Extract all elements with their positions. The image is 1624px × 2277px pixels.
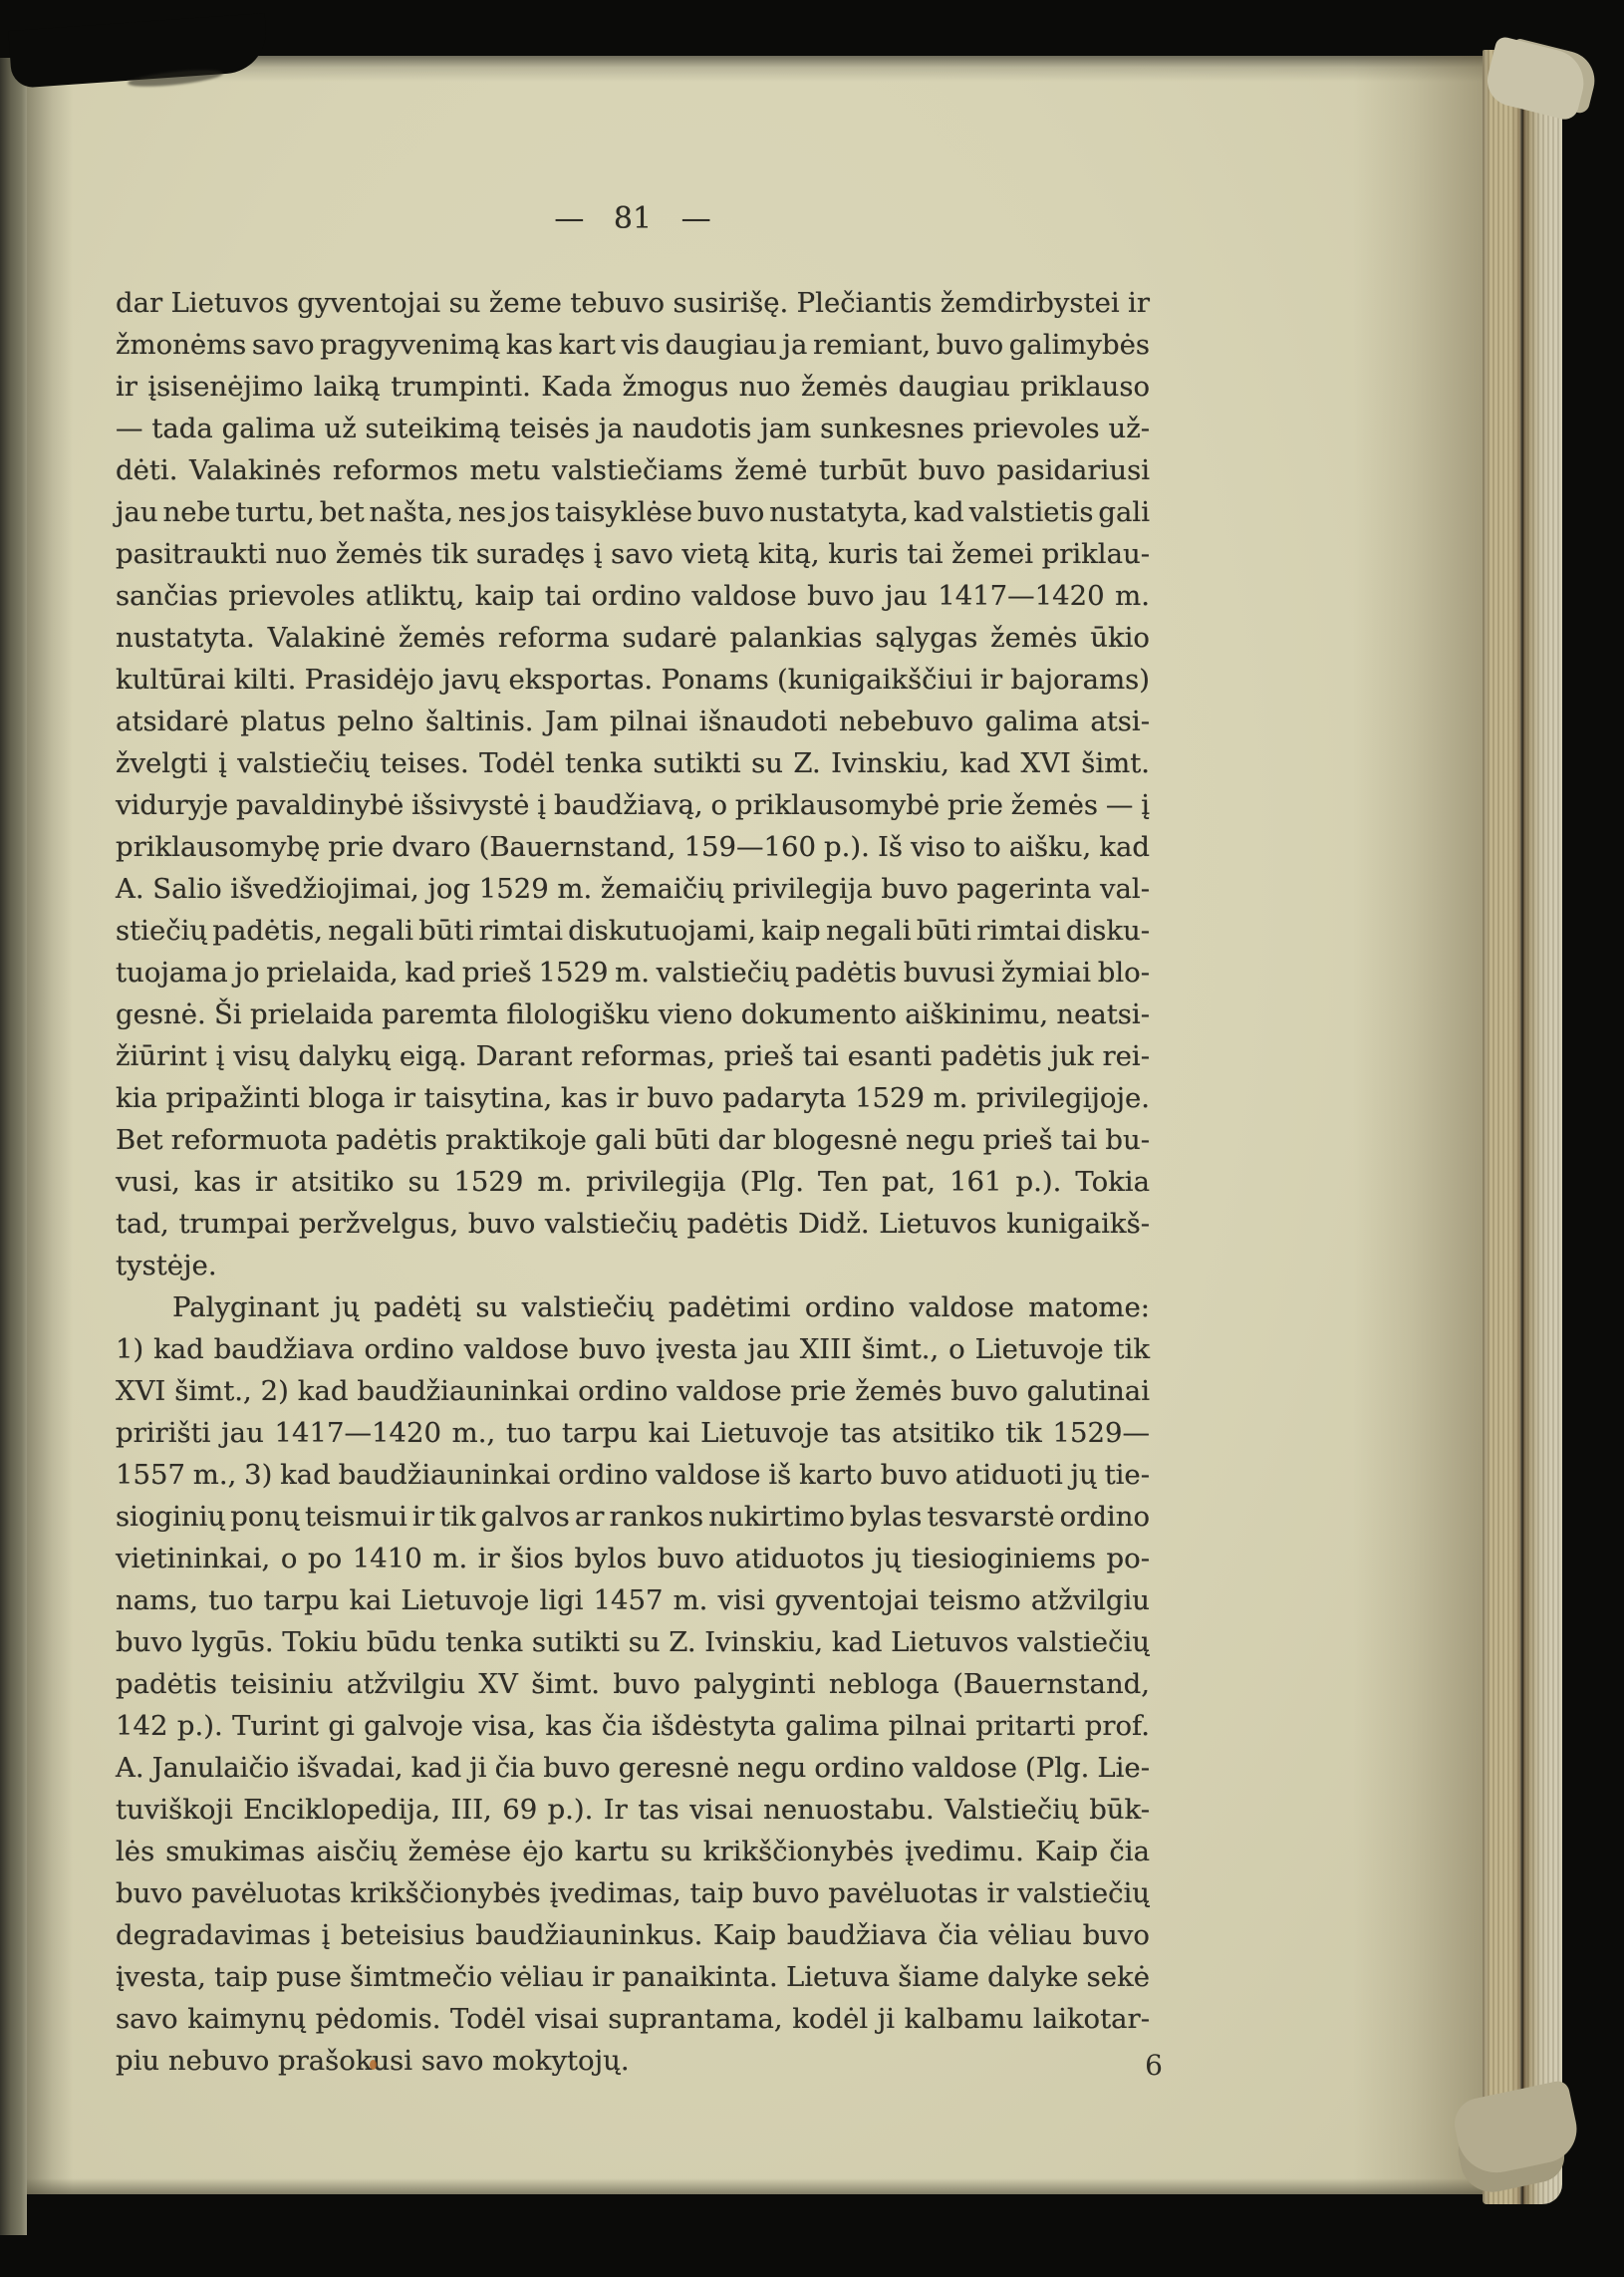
text-line-content: žmonėms savo pragyvenimą kas kart vis da… [116,329,1150,361]
text-line: pasitraukti nuo žemės tik suradęs į savo… [116,533,1150,575]
left-page-edge [0,58,27,2235]
text-line: sioginių ponų teismui ir tik galvos ar r… [116,1496,1150,1538]
page-right-shadow [1353,56,1483,2194]
text-line-content: kia pripažinti bloga ir taisytina, kas i… [116,1082,1150,1114]
text-line: nustatyta. Valakinė žemės reforma sudarė… [116,617,1150,659]
text-line-content: XVI šimt., 2) kad baudžiauninkai ordino … [116,1375,1150,1407]
text-line: padėtis teisiniu atžvilgiu XV šimt. buvo… [116,1663,1150,1705]
text-line-content: 142 p.). Turint gi galvoje visa, kas čia… [116,1710,1150,1742]
text-line-content: žiūrint į visų dalykų eigą. Darant refor… [116,1040,1150,1072]
text-line-content: nams, tuo tarpu kai Lietuvoje ligi 1457 … [116,1584,1150,1616]
text-line: sančias prievoles atliktų, kaip tai ordi… [116,575,1150,617]
text-line-content: tad, trumpai peržvelgus, buvo valstiečių… [116,1208,1150,1240]
text-line-content: tuojama jo prielaida, kad prieš 1529 m. … [116,957,1150,989]
text-line: vietininkai, o po 1410 m. ir šios bylos … [116,1538,1150,1579]
text-line: dėti. Valakinės reformos metu valstiečia… [116,449,1150,491]
text-line: pririšti jau 1417—1420 m., tuo tarpu kai… [116,1412,1150,1454]
text-line: žiūrint į visų dalykų eigą. Darant refor… [116,1035,1150,1077]
text-line: priklausomybę prie dvaro (Bauernstand, 1… [116,826,1150,868]
text-line-content: savo kaimynų pėdomis. Todėl visai supran… [116,2003,1150,2035]
text-line-content: 1557 m., 3) kad baudžiauninkai ordino va… [116,1459,1150,1491]
rust-speck [370,2060,377,2070]
text-line-content: sioginių ponų teismui ir tik galvos ar r… [116,1501,1150,1533]
text-line: ir įsisenėjimo laiką trumpinti. Kada žmo… [116,366,1150,408]
text-line: lės smukimas aisčių žemėse ėjo kartu su … [116,1831,1150,1872]
text-line-content: Palyginant jų padėtį su valstiečių padėt… [172,1291,1150,1323]
text-line-content: vietininkai, o po 1410 m. ir šios bylos … [116,1543,1150,1574]
text-line-content: gesnė. Ši prielaida paremta filologišku … [116,998,1150,1030]
text-line-content: 1) kad baudžiava ordino valdose buvo įve… [116,1333,1150,1365]
text-line: jau nebe turtu, bet našta, nes jos taisy… [116,491,1150,533]
text-line: A. Janulaičio išvadai, kad ji čia buvo g… [116,1747,1150,1789]
text-line: A. Salio išvedžiojimai, jog 1529 m. žema… [116,868,1150,910]
text-line-content: dėti. Valakinės reformos metu valstiečia… [116,454,1150,486]
text-line-content: kultūrai kilti. Prasidėjo javų eksportas… [116,664,1150,696]
text-line-content: pririšti jau 1417—1420 m., tuo tarpu kai… [116,1417,1150,1449]
book-page: — 81 — dar Lietuvos gyventojai su žeme t… [27,56,1483,2194]
text-line: kia pripažinti bloga ir taisytina, kas i… [116,1077,1150,1119]
text-line: 142 p.). Turint gi galvoje visa, kas čia… [116,1705,1150,1747]
page-number: — 81 — [116,201,1150,236]
text-line-content: įvesta, taip puse šimtmečio vėliau ir pa… [116,1961,1150,1993]
text-line: žvelgti į valstiečių teises. Todėl tenka… [116,742,1150,784]
text-line: buvo lygūs. Tokiu būdu tenka sutikti su … [116,1621,1150,1663]
text-line: Palyginant jų padėtį su valstiečių padėt… [116,1286,1150,1328]
text-line-content: viduryje pavaldinybė išsivystė į baudžia… [116,789,1150,821]
text-line: žmonėms savo pragyvenimą kas kart vis da… [116,324,1150,366]
text-line-content: nustatyta. Valakinė žemės reforma sudarė… [116,622,1150,654]
text-line: įvesta, taip puse šimtmečio vėliau ir pa… [116,1956,1150,1998]
page-bottom-shadow [27,2178,1483,2194]
text-line: kultūrai kilti. Prasidėjo javų eksportas… [116,659,1150,701]
text-line-content: buvo pavėluotas krikščionybės įvedimas, … [116,1877,1150,1909]
text-line: viduryje pavaldinybė išsivystė į baudžia… [116,784,1150,826]
text-line-content: ir įsisenėjimo laiką trumpinti. Kada žmo… [116,371,1150,403]
text-line-content: žvelgti į valstiečių teises. Todėl tenka… [116,747,1150,779]
text-line: — tada galima už suteikimą teisės ja nau… [116,408,1150,449]
text-line-content: Bet reformuota padėtis praktikoje gali b… [116,1124,1150,1156]
text-line-content: sančias prievoles atliktų, kaip tai ordi… [116,580,1150,612]
scan-background: — 81 — dar Lietuvos gyventojai su žeme t… [0,0,1624,2277]
text-line-content: dar Lietuvos gyventojai su žeme tebuvo s… [116,287,1150,319]
text-line-content: A. Janulaičio išvadai, kad ji čia buvo g… [116,1752,1150,1784]
signature-mark: 6 [1123,2049,1163,2082]
text-line-content: degradavimas į beteisius baudžiauninkus.… [116,1919,1150,1951]
text-line-content: padėtis teisiniu atžvilgiu XV šimt. buvo… [116,1668,1150,1700]
text-line: piu nebuvo prašokusi savo mokytojų. [116,2040,1150,2082]
text-line: tuojama jo prielaida, kad prieš 1529 m. … [116,952,1150,994]
text-line-content: vusi, kas ir atsitiko su 1529 m. privile… [116,1166,1150,1198]
text-line: tad, trumpai peržvelgus, buvo valstiečių… [116,1203,1150,1245]
text-line-content: — tada galima už suteikimą teisės ja nau… [116,413,1150,444]
text-line-content: tuviškoji Enciklopedija, III, 69 p.). Ir… [116,1794,1150,1826]
fore-edge-pages [1483,50,1562,2204]
text-line: atsidarė platus pelno šaltinis. Jam piln… [116,701,1150,742]
text-block: dar Lietuvos gyventojai su žeme tebuvo s… [116,282,1150,2082]
text-line: tuviškoji Enciklopedija, III, 69 p.). Ir… [116,1789,1150,1831]
text-line-content: priklausomybę prie dvaro (Bauernstand, 1… [116,831,1150,863]
text-line: vusi, kas ir atsitiko su 1529 m. privile… [116,1161,1150,1203]
text-line-content: lės smukimas aisčių žemėse ėjo kartu su … [116,1836,1150,1867]
text-line: gesnė. Ši prielaida paremta filologišku … [116,994,1150,1035]
text-line-content: stiečių padėtis, negali būti rimtai disk… [116,915,1150,947]
torn-corner-top [1482,35,1590,122]
text-line: XVI šimt., 2) kad baudžiauninkai ordino … [116,1370,1150,1412]
text-line-content: tystėje. [116,1250,217,1281]
text-line: tystėje. [116,1245,1150,1286]
text-line: dar Lietuvos gyventojai su žeme tebuvo s… [116,282,1150,324]
text-line: 1557 m., 3) kad baudžiauninkai ordino va… [116,1454,1150,1496]
text-line-content: pasitraukti nuo žemės tik suradęs į savo… [116,538,1150,570]
text-line-content: atsidarė platus pelno šaltinis. Jam piln… [116,706,1150,737]
text-line: Bet reformuota padėtis praktikoje gali b… [116,1119,1150,1161]
text-line: buvo pavėluotas krikščionybės įvedimas, … [116,1872,1150,1914]
text-line-content: A. Salio išvedžiojimai, jog 1529 m. žema… [116,873,1150,905]
text-line: savo kaimynų pėdomis. Todėl visai supran… [116,1998,1150,2040]
text-line: nams, tuo tarpu kai Lietuvoje ligi 1457 … [116,1579,1150,1621]
text-line: degradavimas į beteisius baudžiauninkus.… [116,1914,1150,1956]
text-line: stiečių padėtis, negali būti rimtai disk… [116,910,1150,952]
text-line-content: buvo lygūs. Tokiu būdu tenka sutikti su … [116,1626,1150,1658]
text-line: 1) kad baudžiava ordino valdose buvo įve… [116,1328,1150,1370]
text-line-content: jau nebe turtu, bet našta, nes jos taisy… [116,496,1150,528]
